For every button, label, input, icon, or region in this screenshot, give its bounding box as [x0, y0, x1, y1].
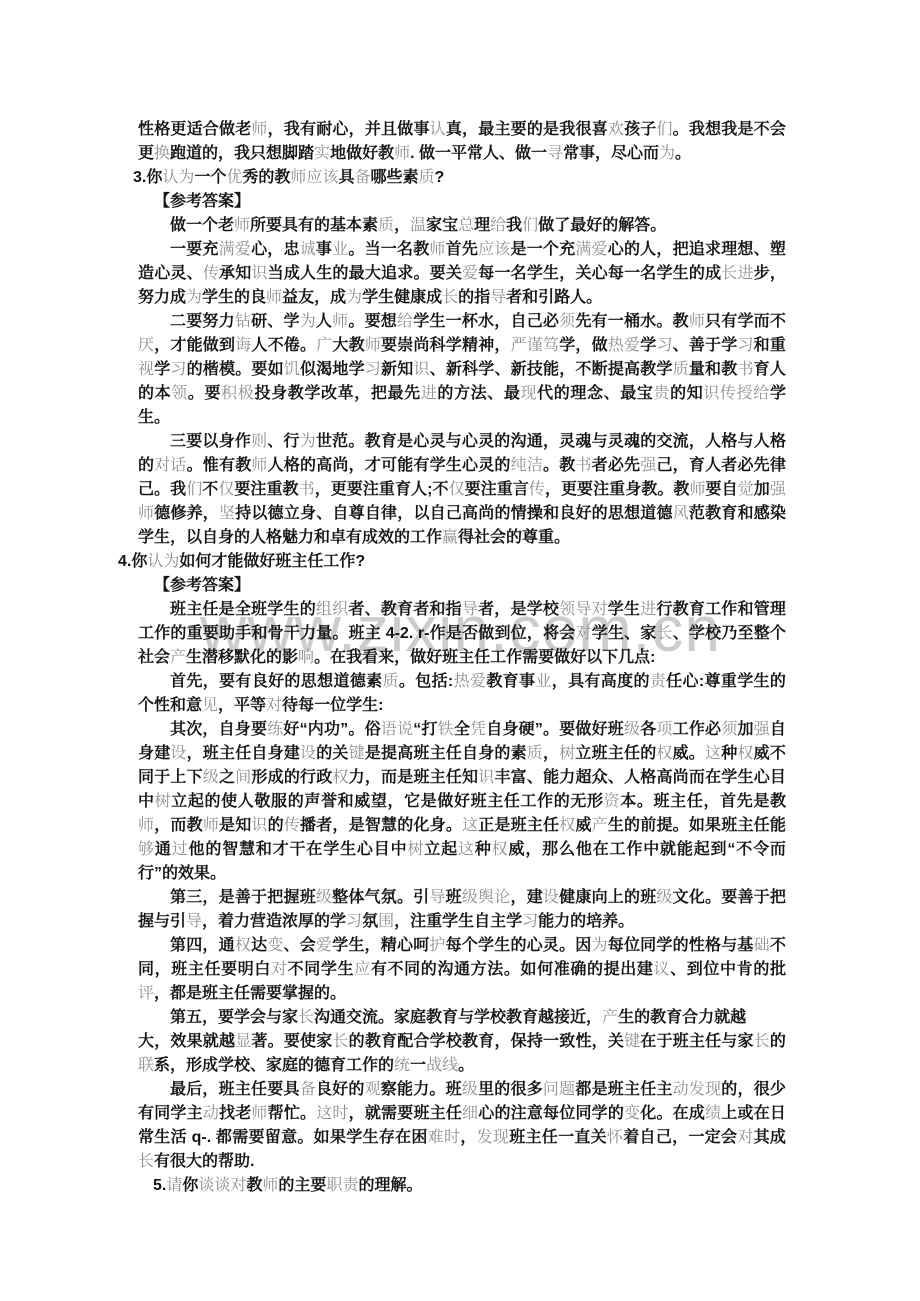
light-glyph-run: 怀 [607, 1129, 623, 1146]
light-glyph-run: 师 [262, 1177, 278, 1194]
light-glyph-run: 为 [659, 145, 675, 162]
light-glyph-run: 为 [300, 433, 316, 450]
light-glyph-run: 师 [689, 313, 705, 330]
light-glyph-run: 长进 [721, 265, 753, 282]
light-glyph-run: 权 [737, 745, 753, 762]
light-glyph-run: 统 [394, 1057, 410, 1074]
light-glyph-run: 习 [346, 913, 362, 930]
light-glyph-run: 师 [266, 289, 282, 306]
light-glyph-run: 业 [535, 673, 551, 690]
light-glyph-run: 练 [267, 721, 283, 738]
light-glyph-run: 业 [332, 241, 348, 258]
light-glyph-run: 权 [332, 769, 348, 786]
light-glyph-run: 级 [316, 889, 332, 906]
light-glyph-run: 这 [705, 745, 721, 762]
light-glyph-run: 铁 [438, 721, 454, 738]
light-glyph-run: 键 [349, 745, 365, 762]
light-glyph-run: 师应该 [290, 169, 338, 186]
light-glyph-run: 级 [462, 1081, 478, 1098]
light-glyph-run: 级 [624, 721, 640, 738]
light-glyph-run: 师 [251, 457, 267, 474]
light-glyph-run: 动 [203, 1105, 219, 1122]
continuation-paragraph-1: 性格更适合做老师，我有耐心，并且做事认真，最主要的是我很喜欢孩子们。我想我是不会… [138, 118, 786, 166]
light-glyph-run: 谈谈对 [198, 1177, 246, 1194]
light-glyph-run: 围 [378, 913, 394, 930]
light-glyph-run: 满爱 [575, 241, 607, 258]
light-glyph-run: 设 [170, 745, 186, 762]
light-glyph-run: 这 [462, 817, 478, 834]
light-glyph-run: 视 [138, 361, 154, 378]
light-glyph-run: 长 [657, 625, 673, 642]
light-glyph-run: 诲 [235, 337, 251, 354]
light-glyph-run: 间 [235, 769, 251, 786]
light-glyph-run: 师 [251, 121, 267, 138]
light-glyph-run: 对 [271, 961, 288, 978]
light-glyph-run: 资 [604, 793, 621, 810]
light-glyph-run: 识 [478, 769, 494, 786]
light-glyph-run: 导 [490, 289, 506, 306]
light-glyph-run: 组织 [316, 601, 348, 618]
light-glyph-run: 习 [737, 337, 753, 354]
light-glyph-run: 变 [267, 937, 283, 954]
light-glyph-run: 质 [418, 169, 434, 186]
light-glyph-run: 进 [421, 385, 438, 402]
light-glyph-run: 识传授给 [703, 385, 770, 402]
body-paragraph-7: 三要以身作则、行为世范。教育是心灵与心灵的沟通，灵魂与灵魂的交流，人格与人格的对… [138, 430, 786, 550]
light-glyph-run: 为 [300, 313, 316, 330]
light-glyph-run: 认为 [147, 553, 179, 570]
light-glyph-run: 须 [721, 721, 737, 738]
light-glyph-run: 权 [492, 841, 509, 858]
light-glyph-run: 级 [203, 769, 219, 786]
light-glyph-run: 广 [316, 337, 332, 354]
light-glyph-run: 动发现 [673, 1081, 722, 1098]
light-glyph-run: 权 [235, 937, 251, 954]
light-glyph-run: 钻 [235, 313, 251, 330]
light-glyph-run: 这时 [316, 1105, 348, 1122]
light-glyph-run: 们 [186, 481, 202, 498]
light-glyph-run: 爱 [316, 937, 332, 954]
light-glyph-run: 显 [235, 1033, 251, 1050]
light-glyph-run: 产 [592, 817, 608, 834]
light-glyph-run: 为 [592, 937, 608, 954]
light-glyph-run: 响 [298, 649, 314, 666]
light-glyph-run: 认为 [162, 169, 194, 186]
light-glyph-run: 总 [458, 217, 474, 234]
light-glyph-run: 导 [186, 913, 202, 930]
light-glyph-run: 识 [413, 361, 429, 378]
light-glyph-run: 长 [442, 289, 458, 306]
light-glyph-run: 师 [394, 145, 410, 162]
light-glyph-run: 厌 [138, 337, 154, 354]
light-glyph-run: 绩 [705, 1105, 721, 1122]
body-paragraph-10: 班主任是全班学生的组织者、教育者和指导者，是学校领导对学生进行教育工作和管理工作… [138, 598, 786, 670]
light-glyph-run: 长 [754, 1033, 770, 1050]
light-glyph-run: 们 [522, 217, 538, 234]
light-glyph-run: 战线 [426, 1057, 458, 1074]
light-glyph-run: 联 [138, 1057, 154, 1074]
light-glyph-run: 长 [332, 1033, 348, 1050]
body-paragraph-15: 第五，要学会与家长沟通交流。家庭教育与学校教育越接近，产生的教育合力就越 大，效… [138, 1006, 786, 1078]
question-indented-paragraph-17: 5.请你谈谈对教师的主要职责的理解。 [138, 1174, 786, 1198]
light-glyph-run: 严谨笃 [511, 337, 560, 354]
light-glyph-run: 长 [298, 1009, 314, 1026]
light-glyph-run: 换 [154, 145, 170, 162]
light-glyph-run: 师 [138, 817, 154, 834]
light-glyph-run: 寻 [547, 145, 563, 162]
light-glyph-run: 传 [529, 481, 545, 498]
light-glyph-run: 应该 [478, 241, 510, 258]
light-glyph-run: 温 [410, 217, 426, 234]
light-glyph-run: 传 [203, 265, 219, 282]
light-glyph-run: 树 [559, 745, 575, 762]
light-glyph-run: 设 [300, 745, 316, 762]
light-glyph-run: 对 [576, 625, 592, 642]
light-glyph-run: 须 [559, 313, 575, 330]
light-glyph-run: 风 [673, 505, 689, 522]
light-glyph-run: 给 [397, 313, 413, 330]
light-glyph-run: 师 [689, 481, 705, 498]
body-paragraph-13: 第三，是善于把握班级整体气氛。引导班级舆论，建设健康向上的班级文化。要善于把握与… [138, 886, 786, 934]
light-glyph-run: 项 [656, 721, 672, 738]
light-glyph-run: 领 [171, 385, 188, 402]
light-glyph-run: 护 [429, 937, 445, 954]
light-glyph-run: 纯洁 [511, 457, 543, 474]
light-glyph-run: 这 [458, 841, 475, 858]
light-glyph-run: 过 [172, 841, 189, 858]
light-glyph-run: 语说 [381, 721, 413, 738]
body-paragraph-16: 最后，班主任要具备良好的观察能力。班级里的很多问题都是班主任主动发现的，很少有同… [138, 1078, 786, 1174]
body-paragraph-14: 第四，通权达变、会爱学生，精心呵护每个学生的心灵。因为每位同学的性格与基础不同，… [138, 934, 786, 1006]
document-body: 性格更适合做老师，我有耐心，并且做事认真，最主要的是我很喜欢孩子们。我想我是不会… [138, 118, 786, 1198]
light-glyph-run: 书 [737, 361, 753, 378]
light-glyph-run: 师 [365, 337, 381, 354]
light-glyph-run: 赢 [442, 529, 458, 546]
light-glyph-run: 难时 [428, 1129, 461, 1146]
light-glyph-run: 满爱 [219, 241, 251, 258]
light-glyph-run: 认 [430, 121, 446, 138]
light-glyph-run: 级 [656, 889, 672, 906]
document-page: www.zixin.com.cn 性格更适合做老师，我有耐心，并且做事认真，最主… [0, 0, 920, 1301]
light-glyph-run: 键 [624, 1033, 640, 1050]
light-glyph-run: 强 [640, 457, 656, 474]
light-glyph-run: 诚 [300, 241, 316, 258]
light-glyph-run: 热爱 [453, 673, 486, 690]
light-glyph-run: 问题 [543, 1081, 575, 1098]
light-glyph-run: 设 [543, 889, 559, 906]
light-glyph-run: 强 [754, 721, 770, 738]
light-glyph-run: 师 [234, 217, 250, 234]
light-glyph-run: 备 [300, 1081, 316, 1098]
light-glyph-run: 贵 [654, 385, 671, 402]
light-glyph-run: 师 [332, 313, 348, 330]
light-glyph-run: 习 [365, 361, 381, 378]
light-glyph-run: 质 [383, 673, 399, 690]
light-glyph-run: 书 [299, 481, 315, 498]
light-glyph-run: 为 [186, 289, 202, 306]
light-glyph-run: 产 [170, 649, 186, 666]
light-glyph-run: 识 [251, 817, 267, 834]
light-glyph-run: 权 [559, 817, 575, 834]
light-glyph-run: 细 [462, 1105, 478, 1122]
light-glyph-run: 饥 [284, 361, 300, 378]
light-glyph-run: 师 [203, 817, 219, 834]
body-paragraph-12: 其次，自身要练好“内功”。俗语说“打铁全凭自身硬”。要做好班级各项工作必须加强自… [138, 718, 786, 886]
light-glyph-run: 传 [284, 817, 300, 834]
light-glyph-run: 习 [656, 337, 672, 354]
body-paragraph-5: 一要充满爱心，忠诚事业。当一名教师首先应该是一个充满爱心的人，把追求理想、塑造心… [138, 238, 786, 310]
light-glyph-run: 导 [462, 601, 478, 618]
light-glyph-run: 们 [656, 121, 672, 138]
light-glyph-run: 长 [138, 1153, 154, 1170]
light-glyph-run: 对话 [154, 457, 186, 474]
light-glyph-run: 师 [429, 241, 445, 258]
light-glyph-run: 习 [522, 913, 538, 930]
light-glyph-run: 则 [251, 433, 267, 450]
answer-label-paragraph-3: 【参考答案】 [138, 190, 786, 214]
light-glyph-run: 质 [527, 745, 543, 762]
body-paragraph-6: 二要努力钻研、学为人师。要想给学生一杯水，自己必须先有一桶水。教师只有学而不厌，… [138, 310, 786, 430]
answer-label-paragraph-9: 【参考答案】 [138, 574, 786, 598]
light-glyph-run: 现 [520, 385, 537, 402]
light-glyph-run: 爱 [462, 265, 478, 282]
body-paragraph-4: 做一个老师所要具有的基本素质，温家宝总理给我们做了最好的解答。 [138, 214, 786, 238]
question-hanging-paragraph-8: 4.你认为如何才能做好班主任工作? [138, 550, 786, 574]
light-glyph-run: 欢 [608, 121, 624, 138]
light-glyph-run: 议 [654, 961, 671, 978]
question-flush-paragraph-2: 3.你认为一个优秀的教师应该具备哪些素质? [138, 166, 786, 190]
light-glyph-run: 积极 [221, 385, 254, 402]
light-glyph-run: 观 [365, 1081, 381, 1098]
light-glyph-run: 书 [575, 457, 591, 474]
light-glyph-run: 对 [737, 1129, 753, 1146]
body-paragraph-11: 首先，要有良好的思想道德素质。包括:热爱教育事业，具有高度的责任心:尊重学生的个… [138, 670, 786, 718]
light-glyph-run: 对 [266, 697, 282, 714]
light-glyph-run: 给 [490, 217, 506, 234]
light-glyph-run: 职责 [326, 1177, 358, 1194]
light-glyph-run: 发现 [477, 1129, 510, 1146]
light-glyph-run: 识 [251, 265, 267, 282]
light-glyph-run: 产 [602, 1009, 618, 1026]
light-glyph-run: 树 [407, 841, 424, 858]
light-glyph-run: 评 [138, 985, 154, 1002]
light-glyph-run: 权 [656, 745, 672, 762]
light-glyph-run: 习 [170, 361, 186, 378]
light-glyph-run: 进 [640, 601, 656, 618]
light-glyph-run: 树 [155, 793, 172, 810]
light-glyph-run: 请 [166, 1177, 182, 1194]
light-glyph-run: 优 [226, 169, 242, 186]
light-glyph-run: 备 [354, 169, 370, 186]
light-glyph-run: 级舆论 [462, 889, 511, 906]
light-glyph-run: 觉 [738, 481, 754, 498]
light-glyph-run: 仅 [218, 481, 234, 498]
light-glyph-run: 为 [346, 289, 362, 306]
light-glyph-run: 热爱 [608, 337, 640, 354]
light-glyph-run: 坚 [219, 505, 235, 522]
light-glyph-run: 师 [251, 1105, 267, 1122]
light-glyph-run: 质 [673, 361, 689, 378]
light-glyph-run: 质 [378, 217, 394, 234]
light-glyph-run: 应 [354, 961, 371, 978]
light-glyph-run: 变 [624, 1105, 640, 1122]
light-glyph-run: 仅 [449, 481, 465, 498]
light-glyph-run: 导 [429, 889, 445, 906]
light-glyph-run: 领导对 [559, 601, 608, 618]
light-glyph-run: 够 [138, 841, 155, 858]
light-glyph-run: 责 [650, 673, 666, 690]
light-glyph-run: 础 [754, 937, 770, 954]
light-glyph-run: 见 [202, 697, 218, 714]
light-glyph-run: 凭 [470, 721, 486, 738]
light-glyph-run: 实 [314, 145, 330, 162]
